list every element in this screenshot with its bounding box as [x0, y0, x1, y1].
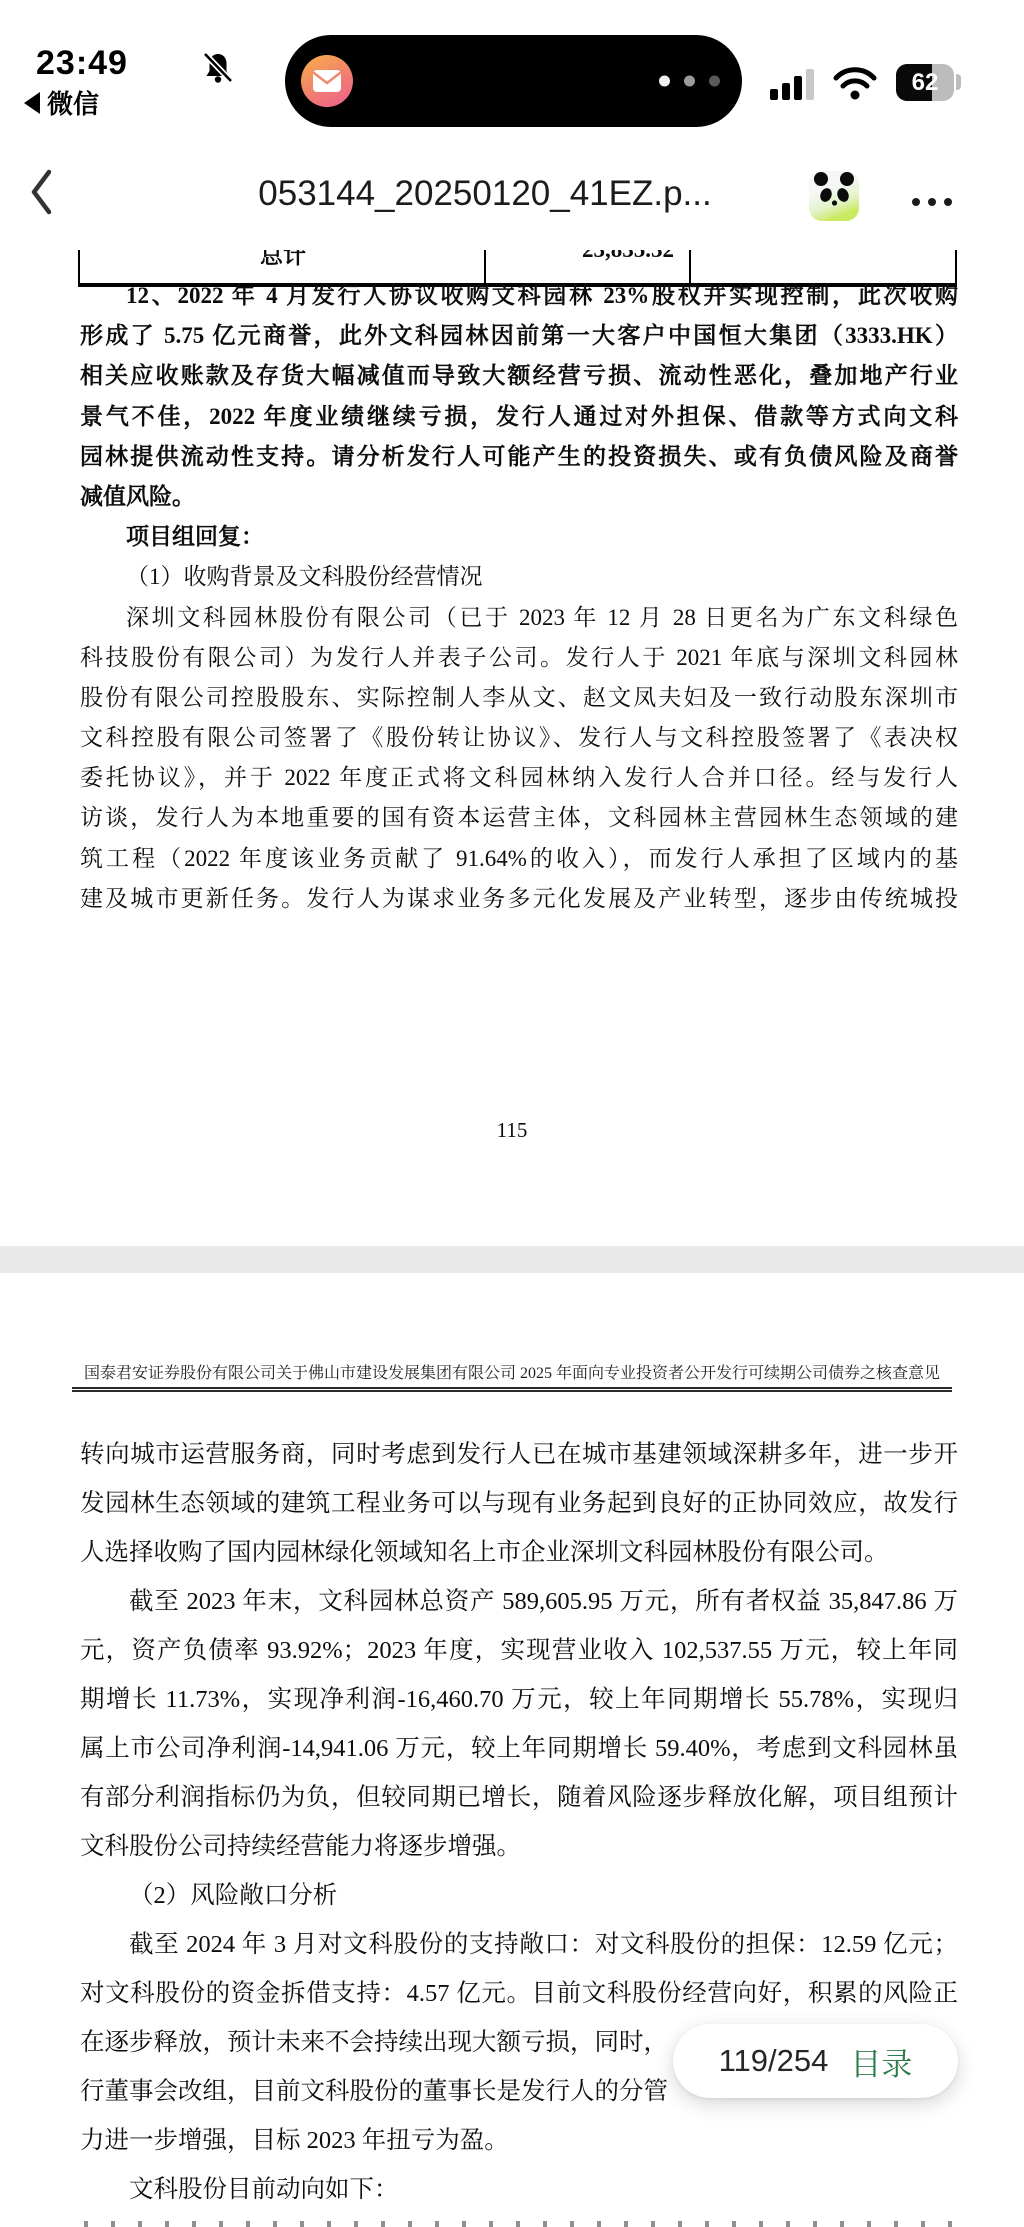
body-line: 访谈，发行人为本地重要的国有资本运营主体，文科园林主营园林生态领域的建 [80, 798, 958, 838]
mail-icon [301, 55, 353, 107]
screen: 23:49 微信 6 [0, 0, 1024, 2227]
toc-button[interactable]: 目录 [850, 2039, 912, 2084]
page1-page-number: 115 [0, 1118, 1024, 1143]
body-line: 股份有限公司控股股东、实际控制人李从文、赵文凤夫妇及一致行动股东深圳市 [80, 678, 958, 718]
wifi-icon [830, 62, 880, 107]
mute-bell-icon [200, 50, 236, 91]
body-line: 元，资产负债率 93.92%；2023 年度，实现营业收入 102,537.55… [80, 1626, 958, 1675]
document-title: 053144_20250120_41EZ.p... [140, 174, 830, 214]
body-line: 有部分利润指标仍为负，但较同期已增长，随着风险逐步释放化解，项目组预计 [80, 1773, 958, 1822]
body-line: 文科股份公司持续经营能力将逐步增强。 [80, 1822, 958, 1871]
question-line: 减值风险。 [80, 477, 958, 517]
table-total-value: 23,835.32 [488, 250, 674, 263]
body-line: 深圳文科园林股份有限公司（已于 2023 年 12 月 28 日更名为广东文科绿… [80, 598, 958, 638]
body-line: 期增长 11.73%，实现净利润-16,460.70 万元，较上年同期增长 55… [80, 1675, 958, 1724]
status-time: 23:49 [36, 44, 128, 83]
page2-running-header: 国泰君安证券股份有限公司关于佛山市建设发展集团有限公司 2025 年面向专业投资… [76, 1360, 948, 1383]
body-line: 人选择收购了国内园林绿化领域知名上市企业深圳文科园林股份有限公司。 [80, 1528, 958, 1577]
body-line: 文科控股有限公司签署了《股份转让协议》、发行人与文科控股签署了《表决权 [80, 718, 958, 758]
page1-text-block: 12、2022 年 4 月发行人协议收购文科园林 23%股权并实现控制，此次收购… [80, 276, 958, 919]
sub-heading: （1）收购背景及文科股份经营情况 [80, 557, 958, 597]
question-line: 园林提供流动性支持。请分析发行人可能产生的投资损失、或有负债风险及商誉 [80, 437, 958, 477]
battery-percent: 62 [896, 64, 954, 101]
body-line: 截至 2024 年 3 月对文科股份的支持敞口：对文科股份的担保：12.59 亿… [80, 1920, 958, 1969]
more-options-button[interactable] [912, 198, 952, 206]
battery-nub [956, 74, 961, 90]
body-line: 力进一步增强，目标 2023 年扭亏为盈。 [80, 2116, 958, 2165]
page-gap-separator [0, 1246, 1024, 1273]
dynamic-island-notification[interactable] [285, 35, 742, 127]
body-line: 筑工程（2022 年度该业务贡献了 91.64%的收入），而发行人承担了区域内的… [80, 839, 958, 879]
question-line: 12、2022 年 4 月发行人协议收购文科园林 23%股权并实现控制，此次收购 [80, 276, 958, 316]
body-line: 文科股份目前动向如下： [80, 2165, 958, 2214]
body-line: 转向城市运营服务商，同时考虑到发行人已在城市基建领域深耕多年，进一步开 [80, 1430, 958, 1479]
body-line: 科技股份有限公司）为发行人并表子公司。发行人于 2021 年底与深圳文科园林 [80, 638, 958, 678]
table-total-label: 总计 [80, 250, 486, 270]
body-line: 发园林生态领域的建筑工程业务可以与现有业务起到良好的正协同效应，故发行 [80, 1479, 958, 1528]
sub-heading: （2）风险敞口分析 [80, 1871, 958, 1920]
question-line: 景气不佳，2022 年度业绩继续亏损，发行人通过对外担保、借款等方式向文科 [80, 397, 958, 437]
reply-heading: 项目组回复： [80, 517, 958, 557]
body-line: 属上市公司净利润-14,941.06 万元，较上年同期增长 59.40%，考虑到… [80, 1724, 958, 1773]
question-line: 相关应收账款及存货大幅减值而导致大额经营亏损、流动性恶化，叠加地产行业 [80, 356, 958, 396]
return-app-label: 微信 [47, 84, 99, 121]
page-indicator-pill[interactable]: 119/254 目录 [673, 2024, 958, 2098]
body-line: 对文科股份的资金拆借支持：4.57 亿元。目前文科股份经营向好，积累的风险正 [80, 1969, 958, 2018]
cellular-signal-icon [770, 68, 820, 100]
panda-assistant-button[interactable] [808, 170, 860, 227]
battery-icon: 62 [896, 64, 954, 101]
body-line: 截至 2023 年末，文科园林总资产 589,605.95 万元，所有者权益 3… [80, 1577, 958, 1626]
body-line: 建及城市更新任务。发行人为谋求业务多元化发展及产业转型，逐步由传统城投 [80, 879, 958, 919]
body-line: 委托协议》，并于 2022 年度正式将文科园林纳入发行人合并口径。经与发行人 [80, 758, 958, 798]
return-to-wechat-button[interactable]: 微信 [24, 84, 99, 121]
clipped-text-line [84, 2221, 954, 2227]
back-button[interactable] [28, 168, 56, 221]
return-triangle-icon [24, 92, 40, 114]
page-indicator-count: 119/254 [719, 2043, 829, 2079]
island-progress-dots-icon [659, 76, 720, 87]
header-double-rule [72, 1387, 952, 1392]
question-line: 形成了 5.75 亿元商誉，此外文科园林因前第一大客户中国恒大集团（3333.H… [80, 316, 958, 356]
